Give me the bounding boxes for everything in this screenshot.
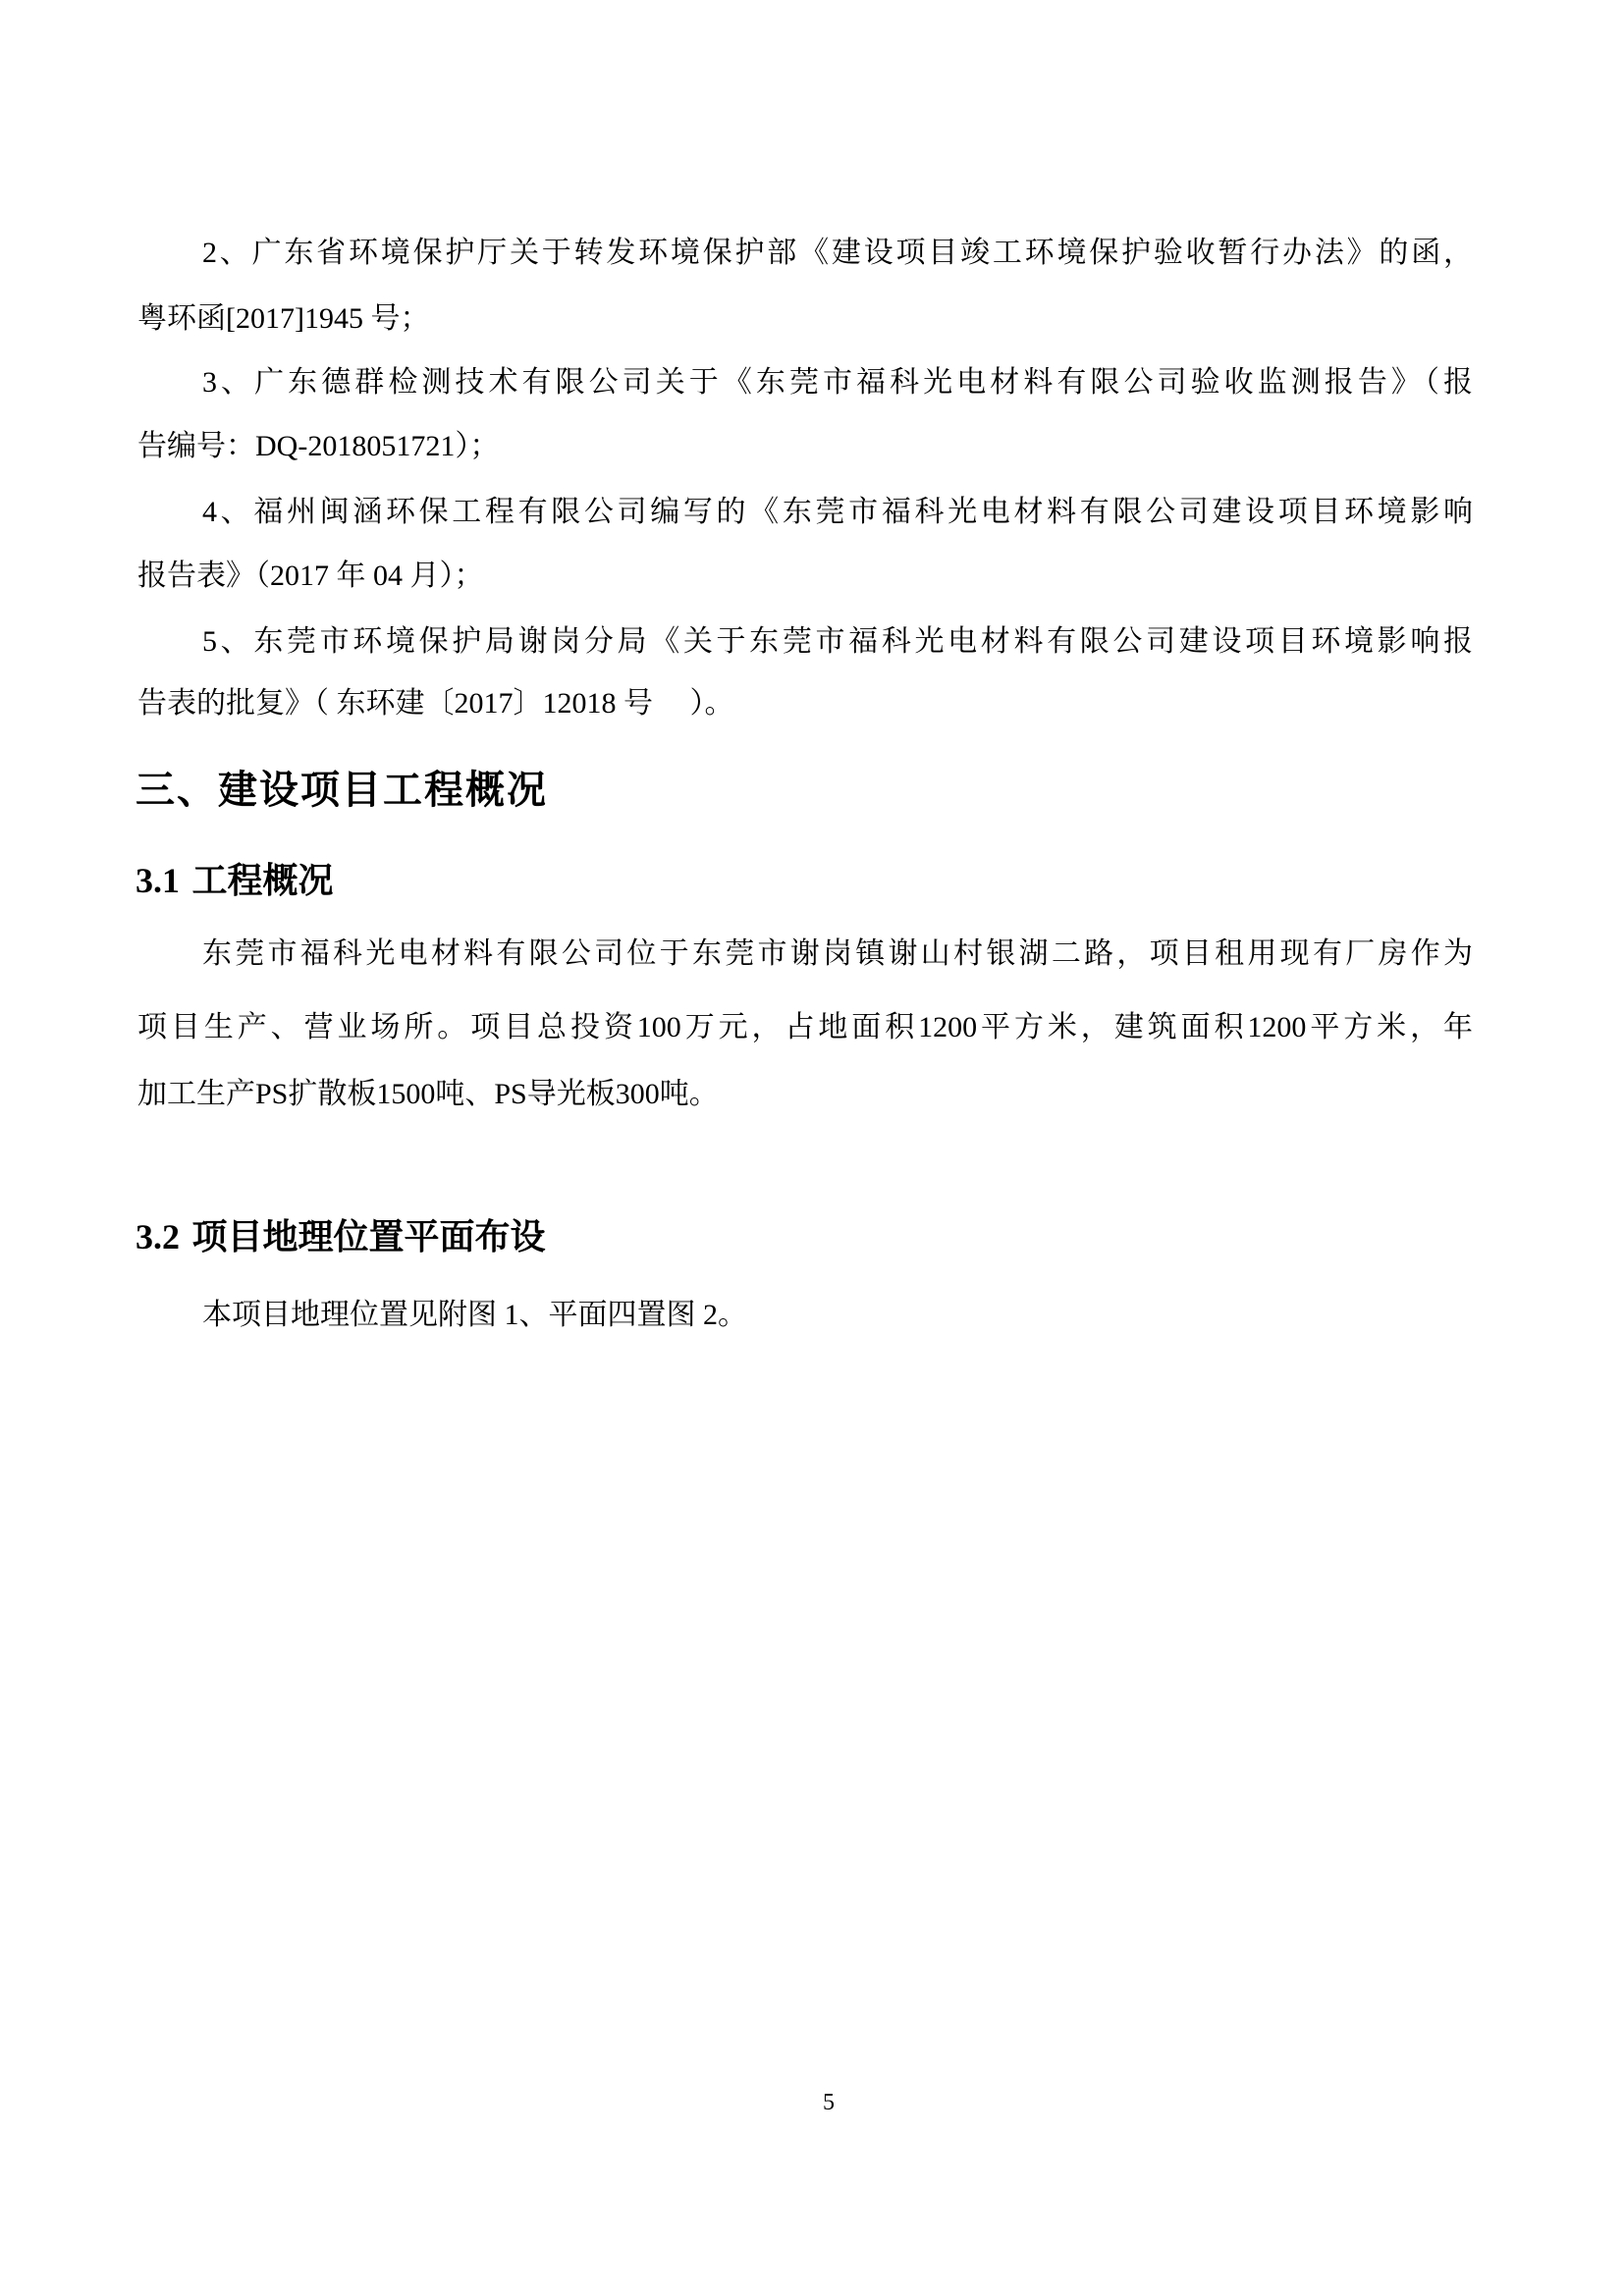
subsection-heading-3-2: 3.2 项目地理位置平面布设 [135,1214,546,1260]
reference-text-line: 粤环函[2017]1945 号； [137,299,429,339]
subsection-number: 3.2 [135,1217,180,1256]
reference-text-line: 告表的批复》（ 东环建〔2017〕12018 号 ）。 [137,684,734,723]
subsection-title: 项目地理位置平面布设 [192,1217,546,1257]
reference-text-line: 2、广东省环境保护厅关于转发环境保护部《建设项目竣工环境保护验收暂行办法》的函， [202,234,1473,273]
page-number: 5 [823,2088,835,2117]
subsection-heading-3-1: 3.1 工程概况 [135,858,334,904]
section-heading: 三、建设项目工程概况 [135,766,548,815]
paragraph-line: 项目生产、营业场所。项目总投资100万元，占地面积1200平方米，建筑面积120… [137,1008,1473,1047]
location-paragraph: 本项目地理位置见附图 1、平面四置图 2。 [202,1296,747,1335]
paragraph-line: 东莞市福科光电材料有限公司位于东莞市谢岗镇谢山村银湖二路，项目租用现有厂房作为 [202,934,1473,974]
reference-text-line: 5、东莞市环境保护局谢岗分局《关于东莞市福科光电材料有限公司建设项目环境影响报 [202,622,1473,662]
paragraph-line: 加工生产PS扩散板1500吨、PS导光板300吨。 [137,1075,719,1114]
subsection-number: 3.1 [135,861,180,900]
reference-text-line: 报告表》（2017 年 04 月）； [137,557,484,596]
reference-text-line: 4、福州闽涵环保工程有限公司编写的《东莞市福科光电材料有限公司建设项目环境影响 [202,493,1473,532]
reference-text-line: 3、广东德群检测技术有限公司关于《东莞市福科光电材料有限公司验收监测报告》（报 [202,363,1473,402]
subsection-title: 工程概况 [192,861,334,901]
reference-text-line: 告编号：DQ-2018051721）； [137,427,499,466]
